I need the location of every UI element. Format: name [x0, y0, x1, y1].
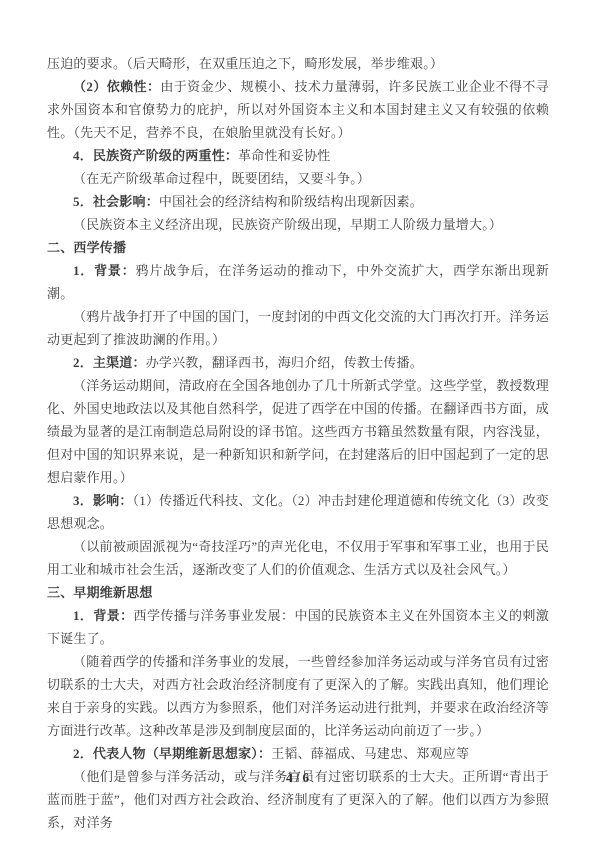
- page-number: 4 / 6: [0, 766, 595, 789]
- paragraph: （民族资本主义经济出现，民族资产阶级出现，早期工人阶级力量增大。）: [47, 213, 549, 236]
- paragraph: （随着西学的传播和洋务事业的发展，一些曾经参加洋务运动或与洋务官员有过密切联系的…: [47, 650, 549, 742]
- text-run: 办学兴教，翻译西书，海归介绍，传教士传播。: [146, 355, 423, 370]
- paragraph: 3．影响：（1）传播近代科技、文化。（2）冲击封建伦理道德和传统文化（3）改变思…: [47, 489, 549, 535]
- text-run: （随着西学的传播和洋务事业的发展，一些曾经参加洋务运动或与洋务官员有过密切联系的…: [47, 654, 549, 738]
- document-page: 压迫的要求。（后天畸形，在双重压迫之下，畸形发展，举步维艰。）（2）依赖性：由于…: [0, 0, 595, 841]
- paragraph: （在无产阶级革命过程中，既要团结，又要斗争。）: [47, 167, 549, 190]
- paragraph: 1．背景：鸦片战争后，在洋务运动的推动下，中外交流扩大，西学东渐出现新潮。: [47, 259, 549, 305]
- section-heading: 三、早期维新思想: [47, 581, 549, 604]
- paragraph: （以前被顽固派视为“奇技淫巧”的声光化电，不仅用于军事和军事工业，也用于民用工业…: [47, 535, 549, 581]
- text-run: （在无产阶级革命过程中，既要团结，又要斗争。）: [73, 171, 370, 186]
- text-run-bold: 2．主渠道：: [73, 355, 146, 370]
- text-run: 中国社会的经济结构和阶级结构出现新因素。: [159, 194, 423, 209]
- text-run: （洋务运动期间，清政府在全国各地创办了几十所新式学堂。这些学堂，教授数理化、外国…: [47, 378, 549, 485]
- document-body: 压迫的要求。（后天畸形，在双重压迫之下，畸形发展，举步维艰。）（2）依赖性：由于…: [47, 52, 549, 834]
- text-run-bold: （2）依赖性：: [73, 79, 160, 94]
- text-run-bold: 1．背景：: [73, 608, 134, 623]
- paragraph: （鸦片战争打开了中国的国门，一度封闭的中西文化交流的大门再次打开。洋务运动更起到…: [47, 305, 549, 351]
- text-run-bold: 2．代表人物（早期维新思想家）：: [73, 746, 271, 761]
- text-run: 王韬、薛福成、马建忠、郑观应等: [271, 746, 469, 761]
- text-run: （以前被顽固派视为“奇技淫巧”的声光化电，不仅用于军事和军事工业，也用于民用工业…: [47, 539, 549, 577]
- paragraph: 4．民族资产阶级的两重性：革命性和妥协性: [47, 144, 549, 167]
- text-run: （鸦片战争打开了中国的国门，一度封闭的中西文化交流的大门再次打开。洋务运动更起到…: [47, 309, 549, 347]
- text-run-bold: 4．民族资产阶级的两重性：: [73, 148, 238, 163]
- text-run-bold: 1．背景：: [73, 263, 136, 278]
- text-run: （民族资本主义经济出现，民族资产阶级出现，早期工人阶级力量增大。）: [73, 217, 502, 232]
- text-run-bold: 二、西学传播: [47, 240, 126, 255]
- text-run-bold: 三、早期维新思想: [47, 585, 153, 600]
- paragraph: 5．社会影响：中国社会的经济结构和阶级结构出现新因素。: [47, 190, 549, 213]
- paragraph: （2）依赖性：由于资金少、规模小、技术力量薄弱，许多民族工业企业不得不寻求外国资…: [47, 75, 549, 144]
- paragraph: （洋务运动期间，清政府在全国各地创办了几十所新式学堂。这些学堂，教授数理化、外国…: [47, 374, 549, 489]
- paragraph: 2．代表人物（早期维新思想家）：王韬、薛福成、马建忠、郑观应等: [47, 742, 549, 765]
- paragraph: 1．背景：西学传播与洋务事业发展：中国的民族资本主义在外国资本主义的刺激下诞生了…: [47, 604, 549, 650]
- paragraph: 压迫的要求。（后天畸形，在双重压迫之下，畸形发展，举步维艰。）: [47, 52, 549, 75]
- section-heading: 二、西学传播: [47, 236, 549, 259]
- text-run-bold: 3．影响：: [73, 493, 133, 508]
- text-run-bold: 5．社会影响：: [73, 194, 159, 209]
- paragraph: 2．主渠道：办学兴教，翻译西书，海归介绍，传教士传播。: [47, 351, 549, 374]
- text-run: 革命性和妥协性: [238, 148, 330, 163]
- text-run: 压迫的要求。（后天畸形，在双重压迫之下，畸形发展，举步维艰。）: [47, 56, 443, 71]
